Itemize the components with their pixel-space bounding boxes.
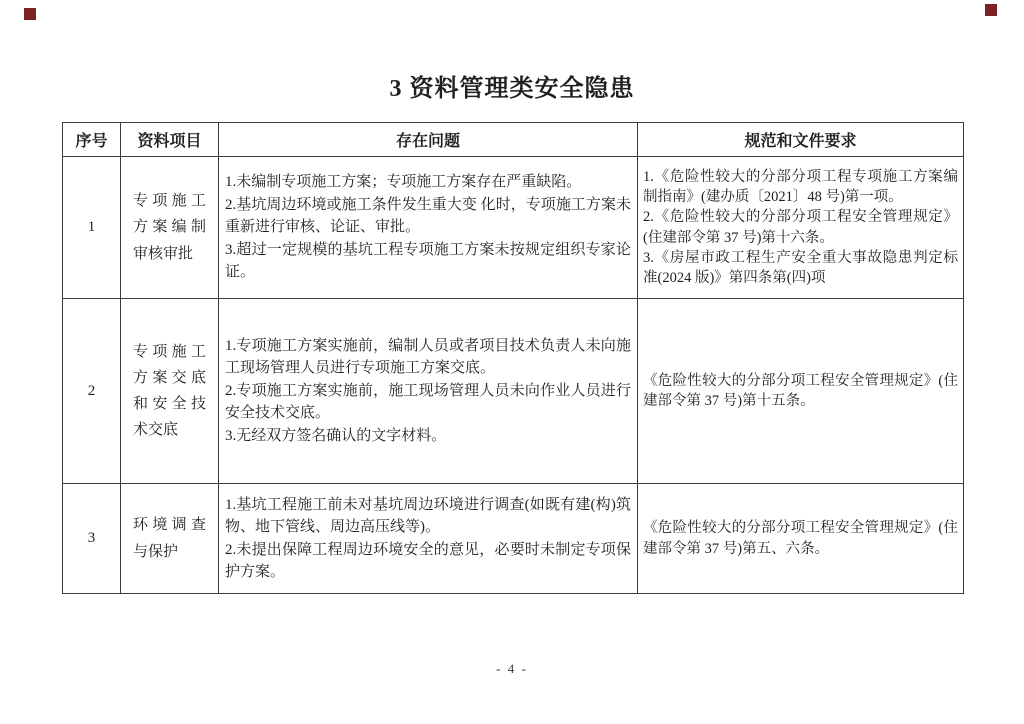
table-row: 3 环境调查与保护 1.基坑工程施工前未对基坑周边环境进行调查(如既有建(构)筑…	[63, 484, 964, 594]
hazard-table: 序号 资料项目 存在问题 规范和文件要求 1 专项施工方案编制审核审批 1.未编…	[62, 122, 964, 594]
item-cell: 环境调查与保护	[121, 484, 219, 594]
requirements-cell: 1.《危险性较大的分部分项工程专项施工方案编制指南》(建办质〔2021〕48 号…	[638, 157, 964, 299]
problems-cell: 1.专项施工方案实施前，编制人员或者项目技术负责人未向施工现场管理人员进行专项施…	[219, 299, 638, 484]
problems-cell: 1.未编制专项施工方案；专项施工方案存在严重缺陷。 2.基坑周边环境或施工条件发…	[219, 157, 638, 299]
row-number: 2	[63, 299, 121, 484]
document-page: 3 资料管理类安全隐患 序号 资料项目 存在问题 规范和文件要求 1 专项施工方…	[0, 0, 1024, 724]
corner-mark-left	[24, 8, 36, 20]
col-header-no: 序号	[63, 123, 121, 157]
page-number: - 4 -	[0, 661, 1024, 677]
row-number: 3	[63, 484, 121, 594]
col-header-requirements: 规范和文件要求	[638, 123, 964, 157]
requirements-cell: 《危险性较大的分部分项工程安全管理规定》(住建部令第 37 号)第十五条。	[638, 299, 964, 484]
table-row: 2 专项施工方案交底和安全技术交底 1.专项施工方案实施前，编制人员或者项目技术…	[63, 299, 964, 484]
table-row: 1 专项施工方案编制审核审批 1.未编制专项施工方案；专项施工方案存在严重缺陷。…	[63, 157, 964, 299]
corner-mark-right	[985, 4, 997, 16]
requirements-cell: 《危险性较大的分部分项工程安全管理规定》(住建部令第 37 号)第五、六条。	[638, 484, 964, 594]
col-header-item: 资料项目	[121, 123, 219, 157]
table-header-row: 序号 资料项目 存在问题 规范和文件要求	[63, 123, 964, 157]
item-cell: 专项施工方案编制审核审批	[121, 157, 219, 299]
item-cell: 专项施工方案交底和安全技术交底	[121, 299, 219, 484]
col-header-problems: 存在问题	[219, 123, 638, 157]
row-number: 1	[63, 157, 121, 299]
page-title: 3 资料管理类安全隐患	[0, 68, 1024, 103]
problems-cell: 1.基坑工程施工前未对基坑周边环境进行调查(如既有建(构)筑物、地下管线、周边高…	[219, 484, 638, 594]
